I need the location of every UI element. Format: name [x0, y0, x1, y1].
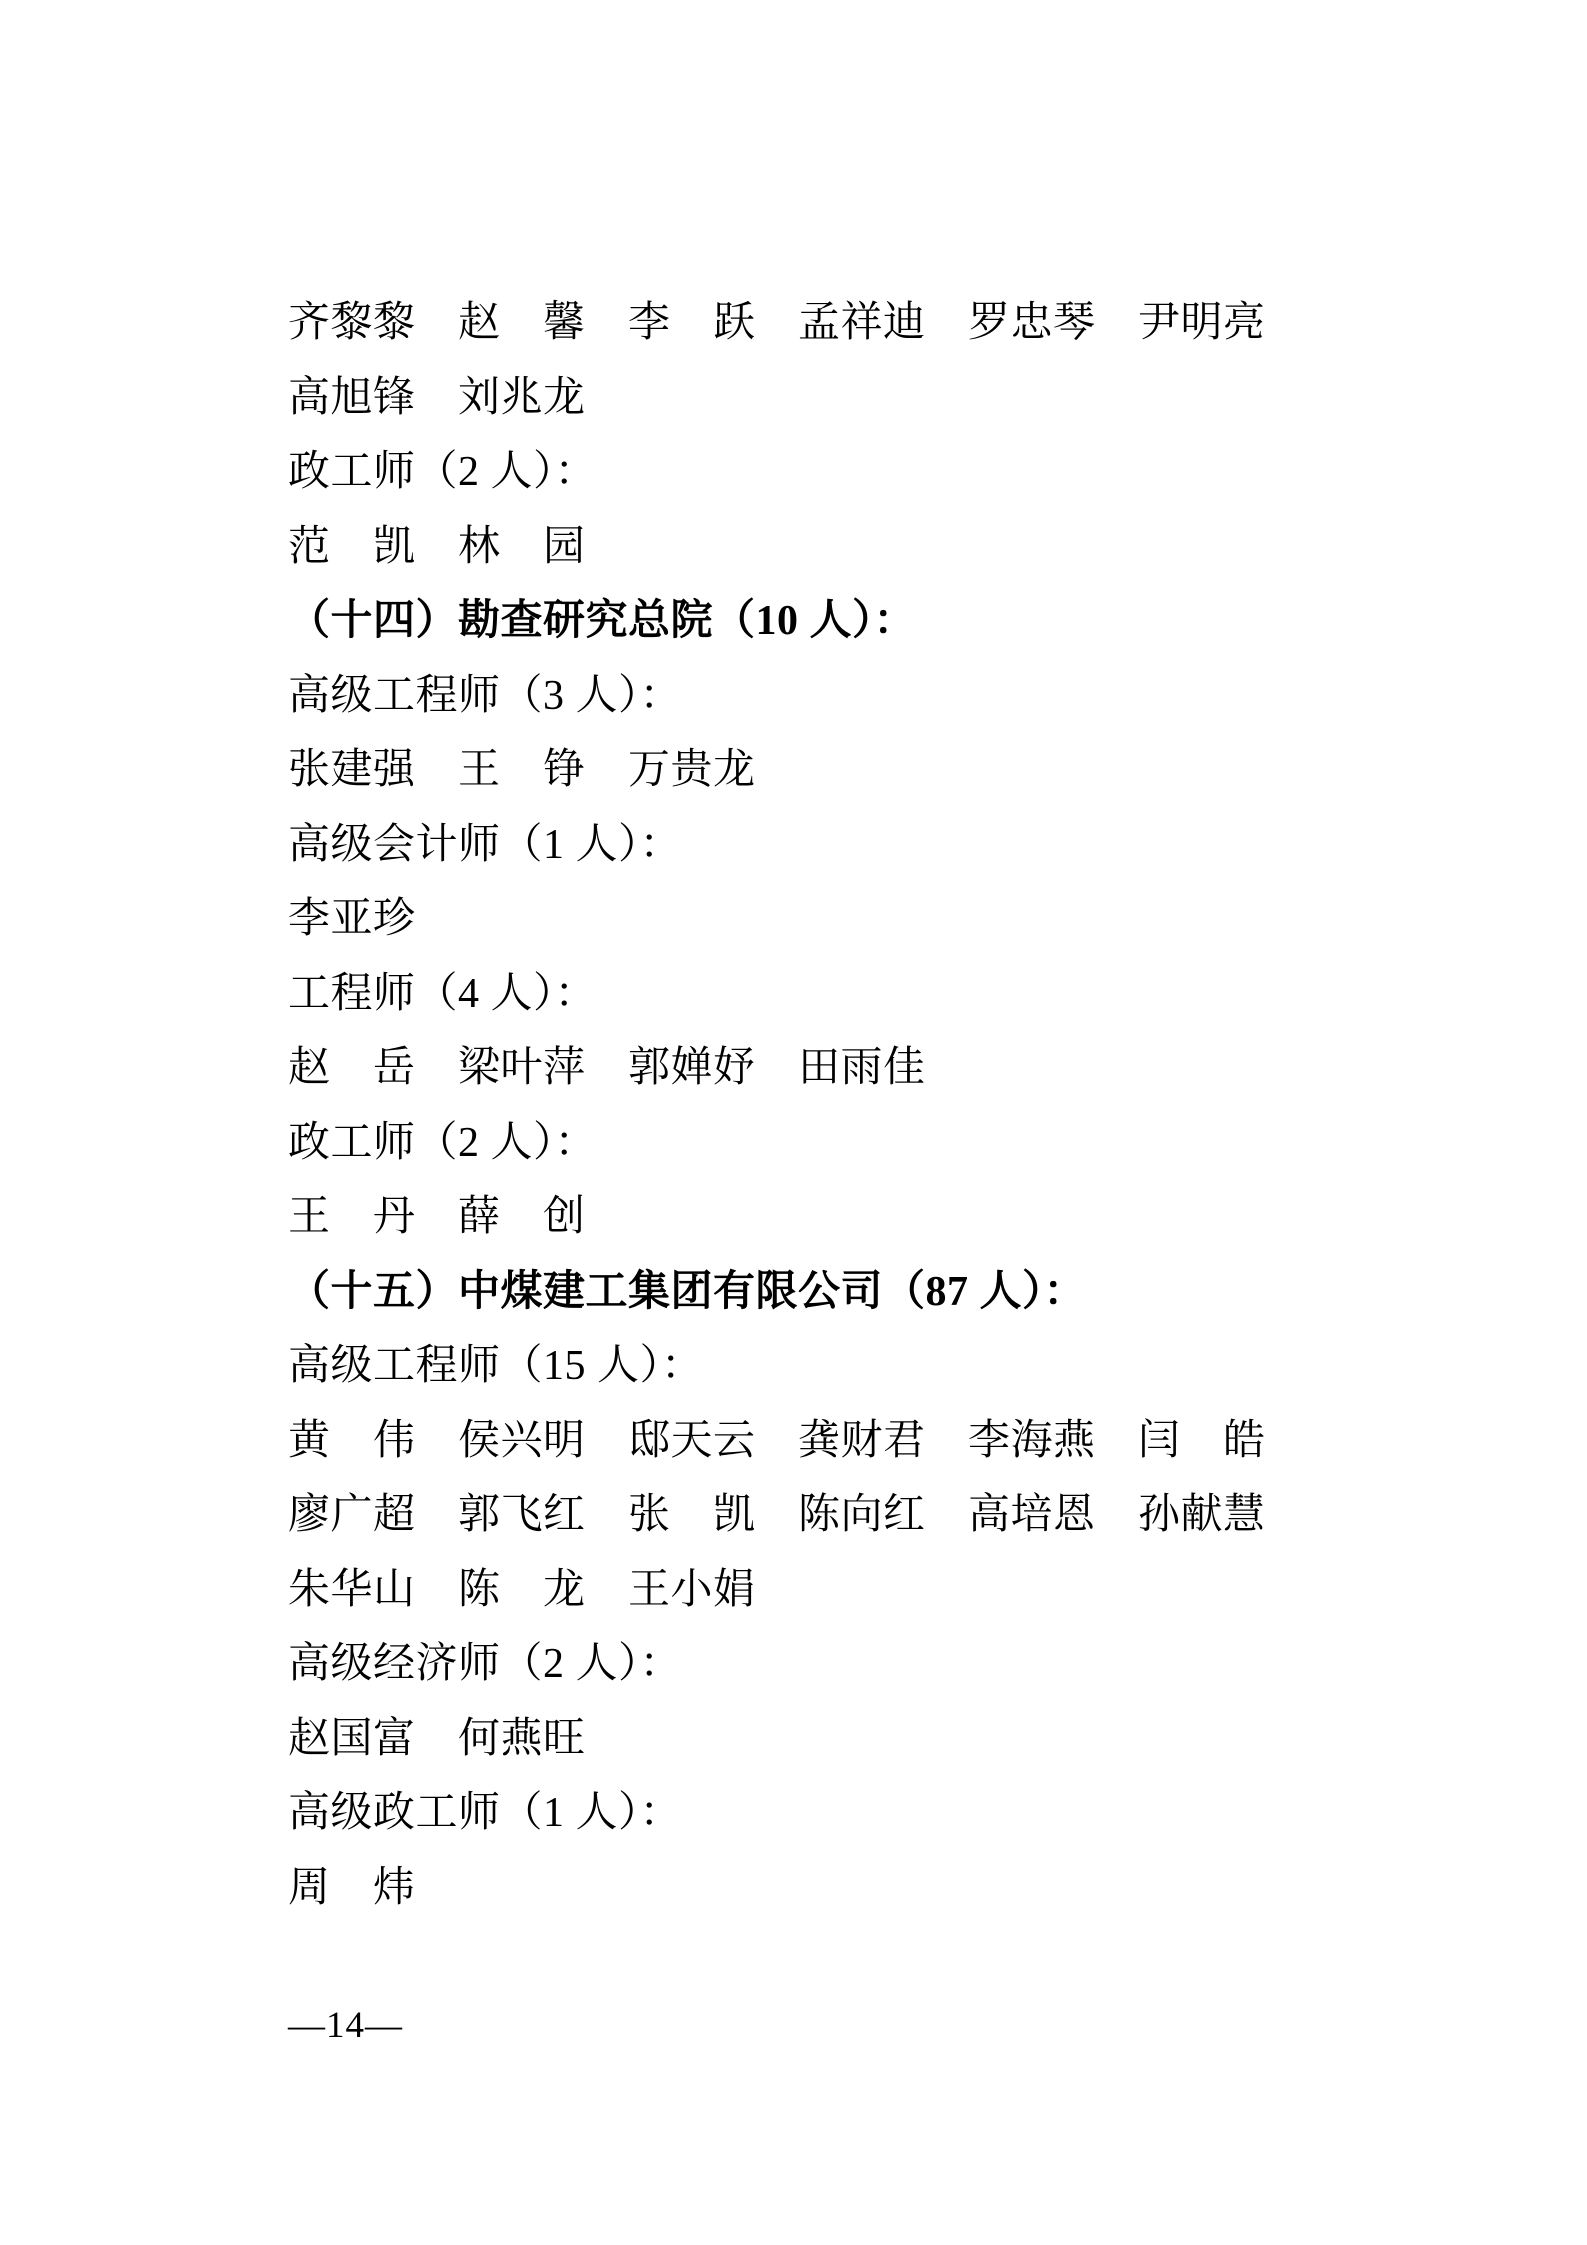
title-category-line: 高级工程师（15 人）：	[288, 1329, 1273, 1404]
title-category-line: 高级政工师（1 人）：	[288, 1776, 1273, 1851]
title-category-line: 高级会计师（1 人）：	[288, 808, 1273, 883]
name-list-line: 赵国富 何燕旺	[288, 1702, 1273, 1777]
document-body: 齐黎黎 赵 馨 李 跃 孟祥迪 罗忠琴 尹明亮 高旭锋 刘兆龙 政工师（2 人）…	[288, 286, 1273, 1925]
page-number: —14—	[288, 2006, 403, 2046]
section-heading: （十五）中煤建工集团有限公司（87 人）：	[288, 1255, 1273, 1330]
name-list-line: 范 凯 林 园	[288, 510, 1273, 585]
name-list-line: 周 炜	[288, 1851, 1273, 1926]
title-category-line: 政工师（2 人）：	[288, 1106, 1273, 1181]
name-list-line: 王 丹 薛 创	[288, 1180, 1273, 1255]
name-list-line: 朱华山 陈 龙 王小娟	[288, 1553, 1273, 1628]
document-page: 齐黎黎 赵 馨 李 跃 孟祥迪 罗忠琴 尹明亮 高旭锋 刘兆龙 政工师（2 人）…	[0, 0, 1587, 2245]
section-heading: （十四）勘查研究总院（10 人）：	[288, 584, 1273, 659]
title-category-line: 高级工程师（3 人）：	[288, 659, 1273, 734]
name-list-line: 张建强 王 铮 万贵龙	[288, 733, 1273, 808]
name-list-line: 高旭锋 刘兆龙	[288, 361, 1273, 436]
name-list-line: 廖广超 郭飞红 张 凯 陈向红 高培恩 孙献慧	[288, 1478, 1273, 1553]
name-list-line: 李亚珍	[288, 882, 1273, 957]
title-category-line: 高级经济师（2 人）：	[288, 1627, 1273, 1702]
name-list-line: 赵 岳 梁叶萍 郭婵妤 田雨佳	[288, 1031, 1273, 1106]
title-category-line: 工程师（4 人）：	[288, 957, 1273, 1032]
name-list-line: 黄 伟 侯兴明 邸天云 龚财君 李海燕 闫 皓	[288, 1404, 1273, 1479]
title-category-line: 政工师（2 人）：	[288, 435, 1273, 510]
name-list-line: 齐黎黎 赵 馨 李 跃 孟祥迪 罗忠琴 尹明亮	[288, 286, 1273, 361]
